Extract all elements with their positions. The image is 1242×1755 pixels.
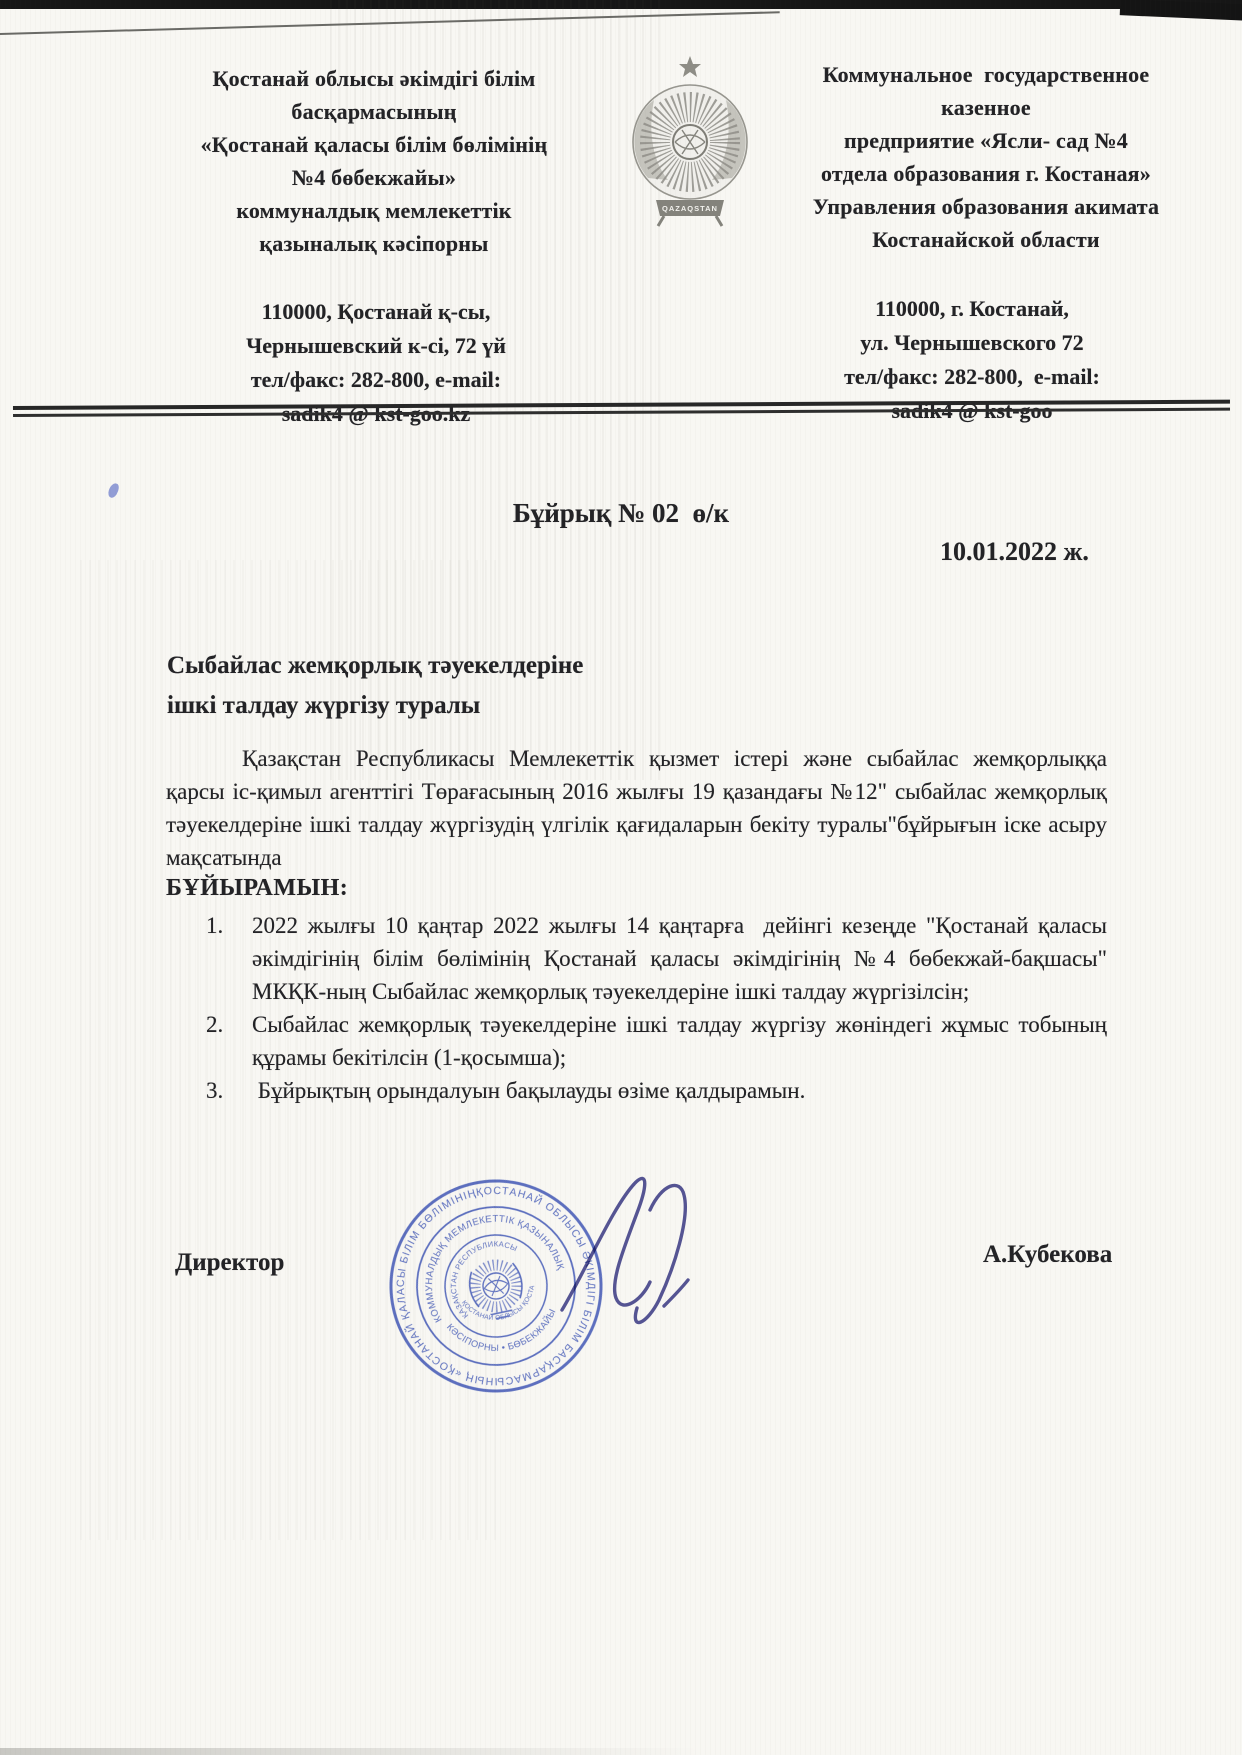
- org-name-ru-line: Костанайской области: [770, 223, 1202, 256]
- order-date: 10.01.2022 ж.: [940, 537, 1089, 567]
- address-ru-line: тел/факс: 282-800, e-mail:: [760, 360, 1184, 394]
- address-kk-line: тел/факс: 282-800, e-mail:: [160, 363, 592, 397]
- item-number: 2.: [206, 1008, 252, 1041]
- org-name-ru-line: Коммунальное государственное: [770, 58, 1202, 91]
- org-name-ru-line: казенное: [770, 91, 1202, 124]
- item-text: 2022 жылғы 10 қаңтар 2022 жылғы 14 қаңта…: [252, 909, 1107, 1008]
- org-name-kk-line: №4 бөбекжайы»: [158, 161, 590, 194]
- order-resolution-word: БҰЙЫРАМЫН:: [166, 875, 348, 902]
- emblem-banner-text: QAZAQSTAN: [662, 204, 718, 213]
- address-kk-line: 110000, Қостанай қ-сы,: [160, 295, 592, 329]
- org-name-kk-line: коммуналдық мемлекеттік: [158, 194, 590, 227]
- address-kk-line: Чернышевский к-сі, 72 үй: [160, 329, 592, 363]
- org-name-ru-line: предприятие «Ясли- сад №4: [770, 124, 1202, 157]
- org-name-kazakh: Қостанай облысы әкімдігі білім басқармас…: [158, 62, 590, 260]
- kazakhstan-state-emblem-icon: QAZAQSTAN: [618, 50, 763, 230]
- signature-strokes: [562, 1178, 688, 1322]
- org-name-ru-line: Управления образования акимата: [770, 190, 1202, 223]
- order-subject-line: ішкі талдау жүргізу туралы: [167, 686, 583, 726]
- item-text: Бұйрықтың орындалуын бақылауды өзіме қал…: [252, 1074, 1107, 1107]
- order-title: Бұйрық № 02 ө/к: [0, 498, 1242, 529]
- order-item-1: 1. 2022 жылғы 10 қаңтар 2022 жылғы 14 қа…: [206, 909, 1107, 1008]
- order-item-3: 3. Бұйрықтың орындалуын бақылауды өзіме …: [206, 1074, 1107, 1107]
- scan-bottom-edge-artifact: [0, 1748, 700, 1755]
- org-name-ru-line: отдела образования г. Костаная»: [770, 157, 1202, 190]
- order-body-paragraph: Қазақстан Республикасы Мемлекеттік қызме…: [166, 742, 1107, 874]
- item-number: 3.: [206, 1074, 252, 1107]
- org-name-russian: Коммунальное государственное казенное пр…: [770, 58, 1202, 256]
- item-number: 1.: [206, 909, 252, 942]
- item-text: Сыбайлас жемқорлық тәуекелдеріне ішкі та…: [252, 1008, 1107, 1074]
- org-name-kk-line: басқармасының: [158, 95, 590, 128]
- emblem-graphic: QAZAQSTAN: [633, 56, 747, 226]
- address-ru-line: 110000, г. Костанай,: [760, 292, 1184, 326]
- org-name-kk-line: «Қостанай қаласы білім бөлімінің: [158, 128, 590, 161]
- order-subject: Сыбайлас жемқорлық тәуекелдеріне ішкі та…: [167, 646, 583, 726]
- order-items-list: 1. 2022 жылғы 10 қаңтар 2022 жылғы 14 қа…: [206, 909, 1107, 1107]
- order-subject-line: Сыбайлас жемқорлық тәуекелдеріне: [167, 646, 583, 686]
- scanned-order-document-page: Қостанай облысы әкімдігі білім басқармас…: [0, 0, 1242, 1755]
- ink-speck-artifact: [107, 482, 120, 499]
- signer-position-title: Директор: [175, 1249, 284, 1277]
- org-name-kk-line: Қостанай облысы әкімдігі білім: [158, 62, 590, 95]
- order-item-2: 2. Сыбайлас жемқорлық тәуекелдеріне ішкі…: [206, 1008, 1107, 1074]
- org-name-kk-line: қазыналық кәсіпорны: [158, 227, 590, 260]
- handwritten-signature: [548, 1152, 708, 1352]
- scan-top-right-artifact: [1120, 0, 1242, 21]
- address-ru-line: ул. Чернышевского 72: [760, 326, 1184, 360]
- signer-name: А.Кубекова: [983, 1241, 1112, 1269]
